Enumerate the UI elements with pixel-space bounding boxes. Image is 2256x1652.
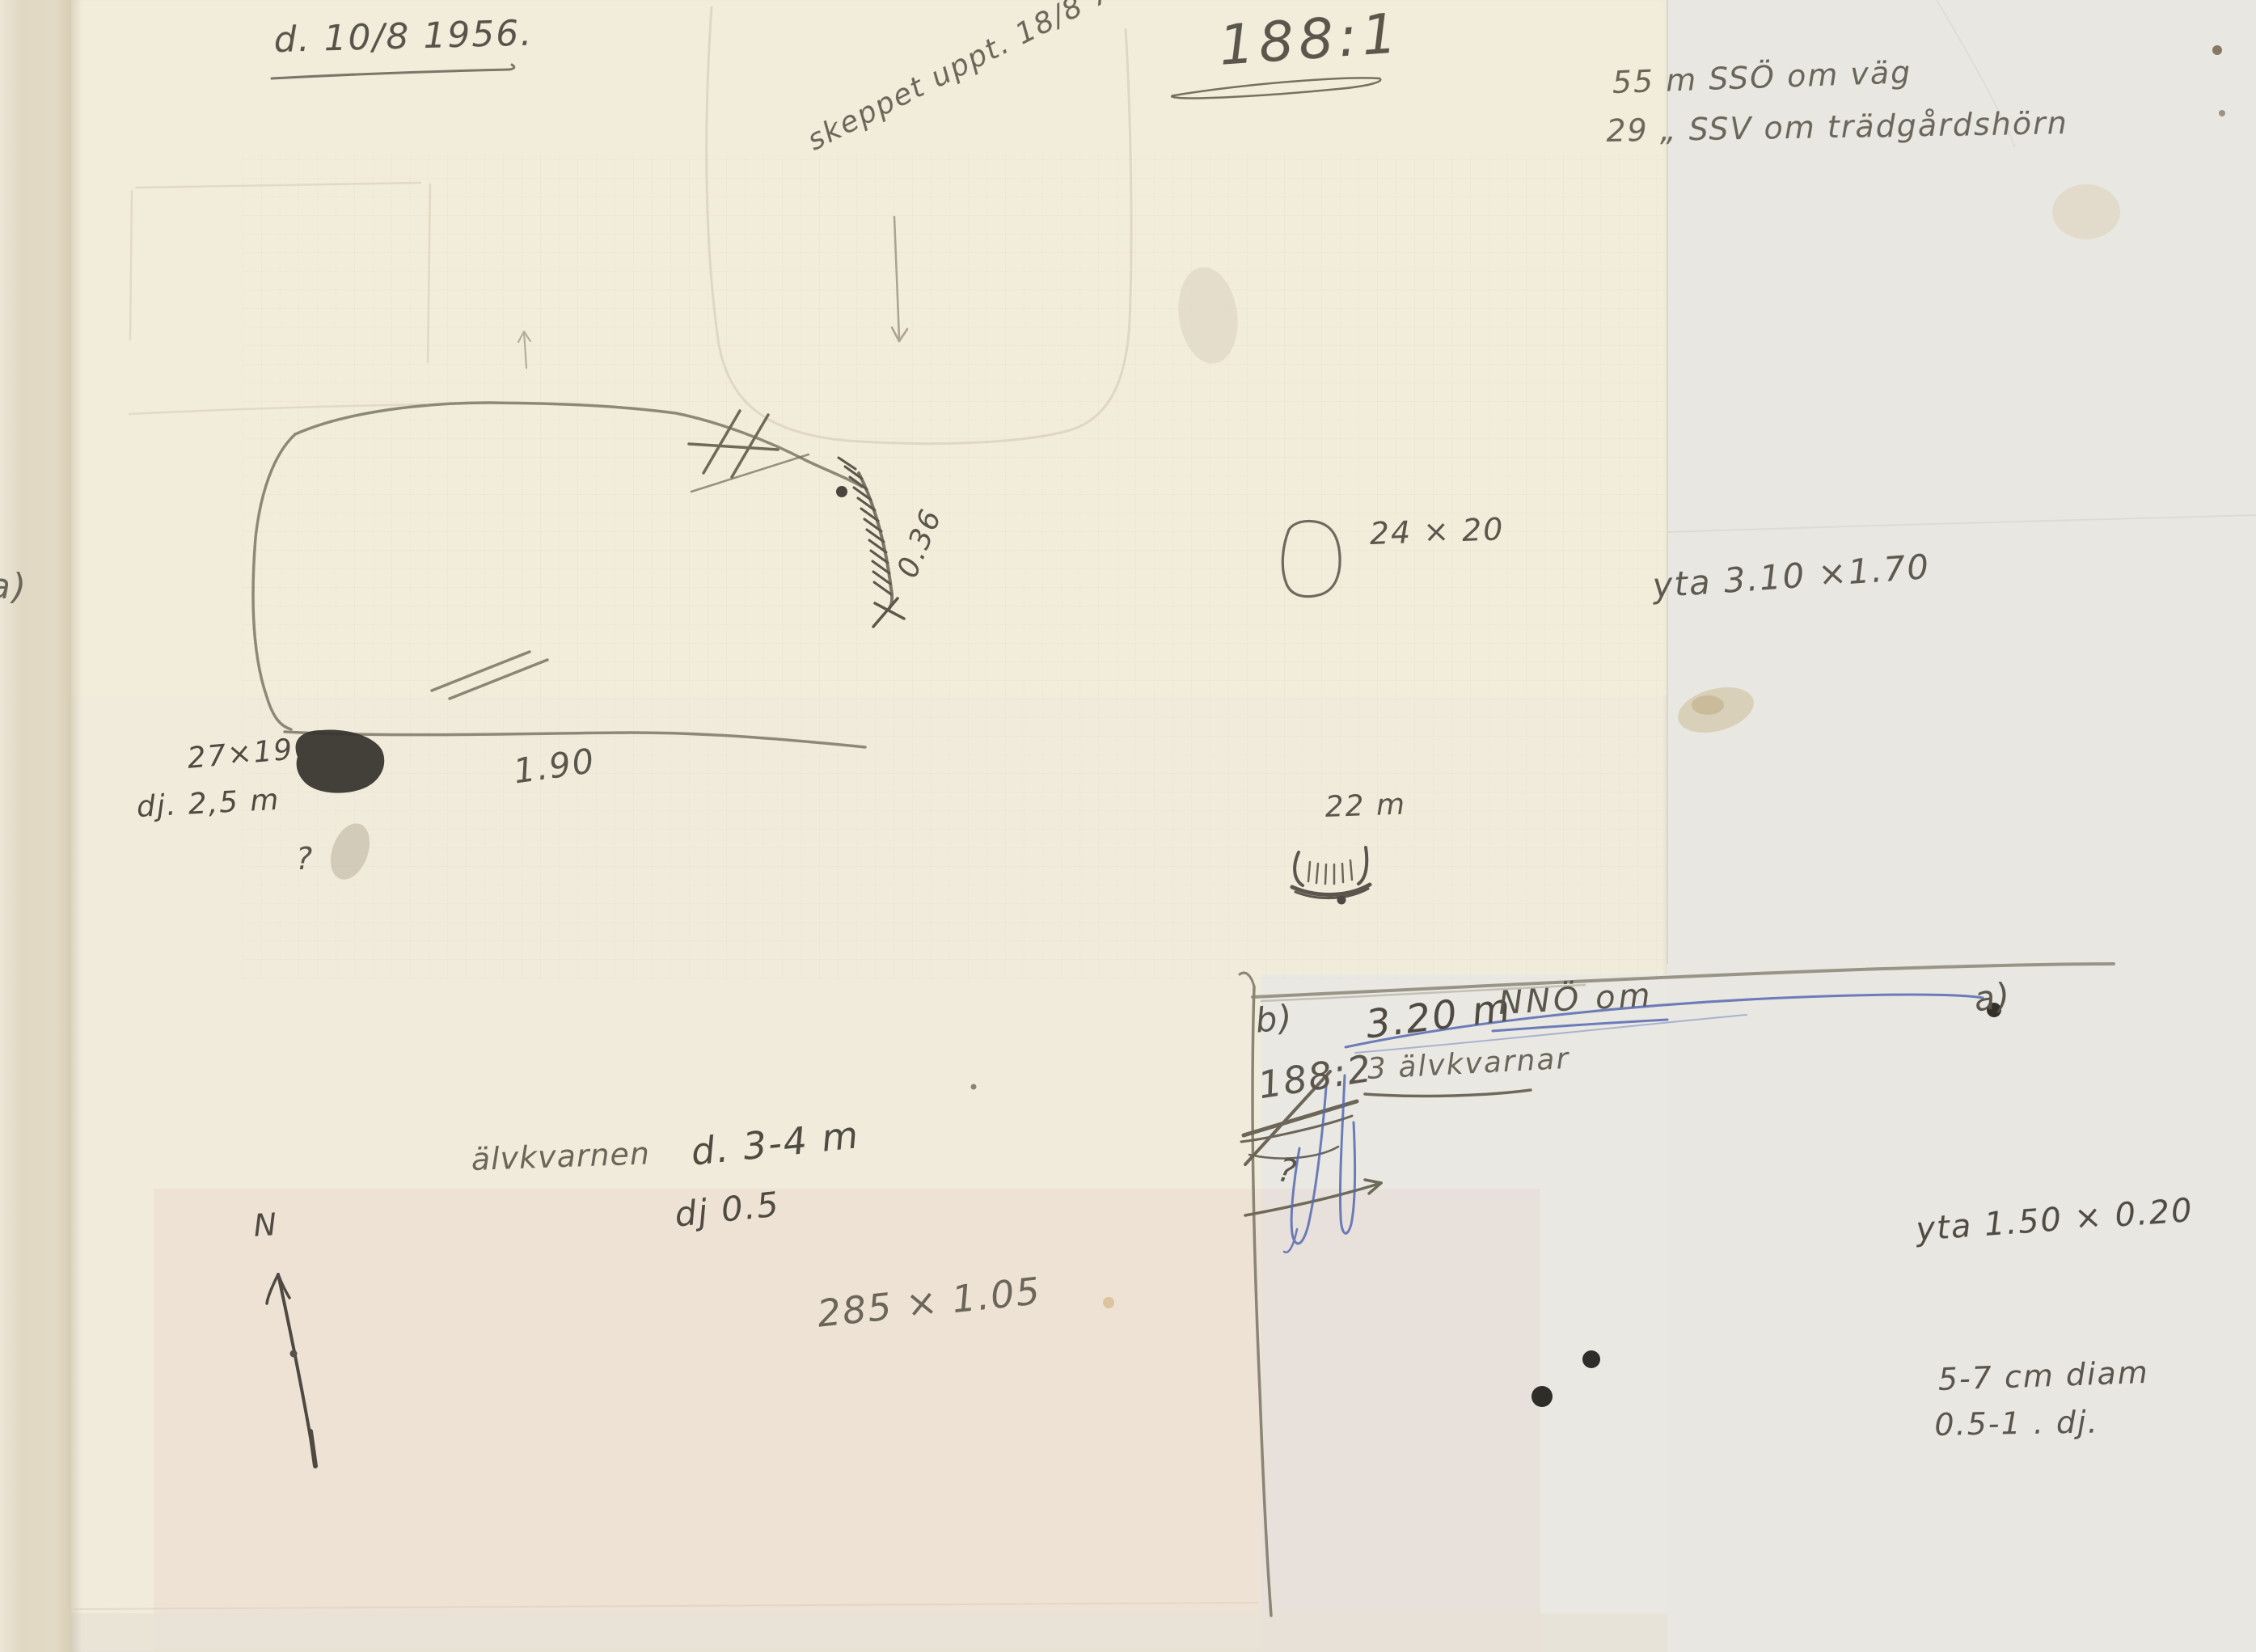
date-note: d. 10/8 1956. xyxy=(273,13,534,61)
down-arrow xyxy=(892,217,907,341)
crown-arc xyxy=(1292,847,1370,898)
pit-size-label: 24 × 20 xyxy=(1369,511,1505,551)
cupmark-diameter: 5-7 cm diam xyxy=(1937,1354,2150,1397)
cupmarks-underline xyxy=(1365,1090,1531,1096)
faint-smudge-oval xyxy=(1172,264,1244,368)
stone-blob xyxy=(296,729,385,792)
paper-stains xyxy=(1103,45,2225,1308)
cupmark-depth-b: 0.5-1 . dj. xyxy=(1934,1404,2099,1443)
cupmark-word: älvkvarnen xyxy=(471,1135,651,1177)
pit-outline xyxy=(1282,521,1340,596)
paper-crease-lines xyxy=(73,0,2256,1609)
north-arrow xyxy=(267,1274,315,1466)
faint-smudge-below xyxy=(323,818,377,885)
pencil-sketch-layer xyxy=(0,0,2256,1652)
bearing-reference: a) xyxy=(1971,975,2013,1020)
crown-dot xyxy=(1337,896,1346,905)
small-up-arrow xyxy=(518,332,530,368)
boat-outline xyxy=(253,403,892,747)
margin-label-a: a) xyxy=(0,566,27,607)
date-underline xyxy=(272,65,514,78)
scanned-field-sketch: d. 10/8 1956. skeppet uppt. 18/8 79 188:… xyxy=(0,0,2256,1652)
faint-construction-lines xyxy=(129,183,430,414)
site-id-underline xyxy=(1172,78,1380,98)
distance-label: 22 m xyxy=(1324,788,1407,823)
margin-label-b: b) xyxy=(1253,997,1295,1041)
compass-label: N xyxy=(252,1206,279,1244)
uncertain-mark-a: ? xyxy=(296,841,314,877)
site-id: 188:1 xyxy=(1217,2,1404,78)
hatch-end-cross xyxy=(873,598,904,627)
north-arrow-nub xyxy=(290,1350,298,1358)
double-slash-inner xyxy=(432,652,547,699)
boat-dot xyxy=(836,486,847,497)
